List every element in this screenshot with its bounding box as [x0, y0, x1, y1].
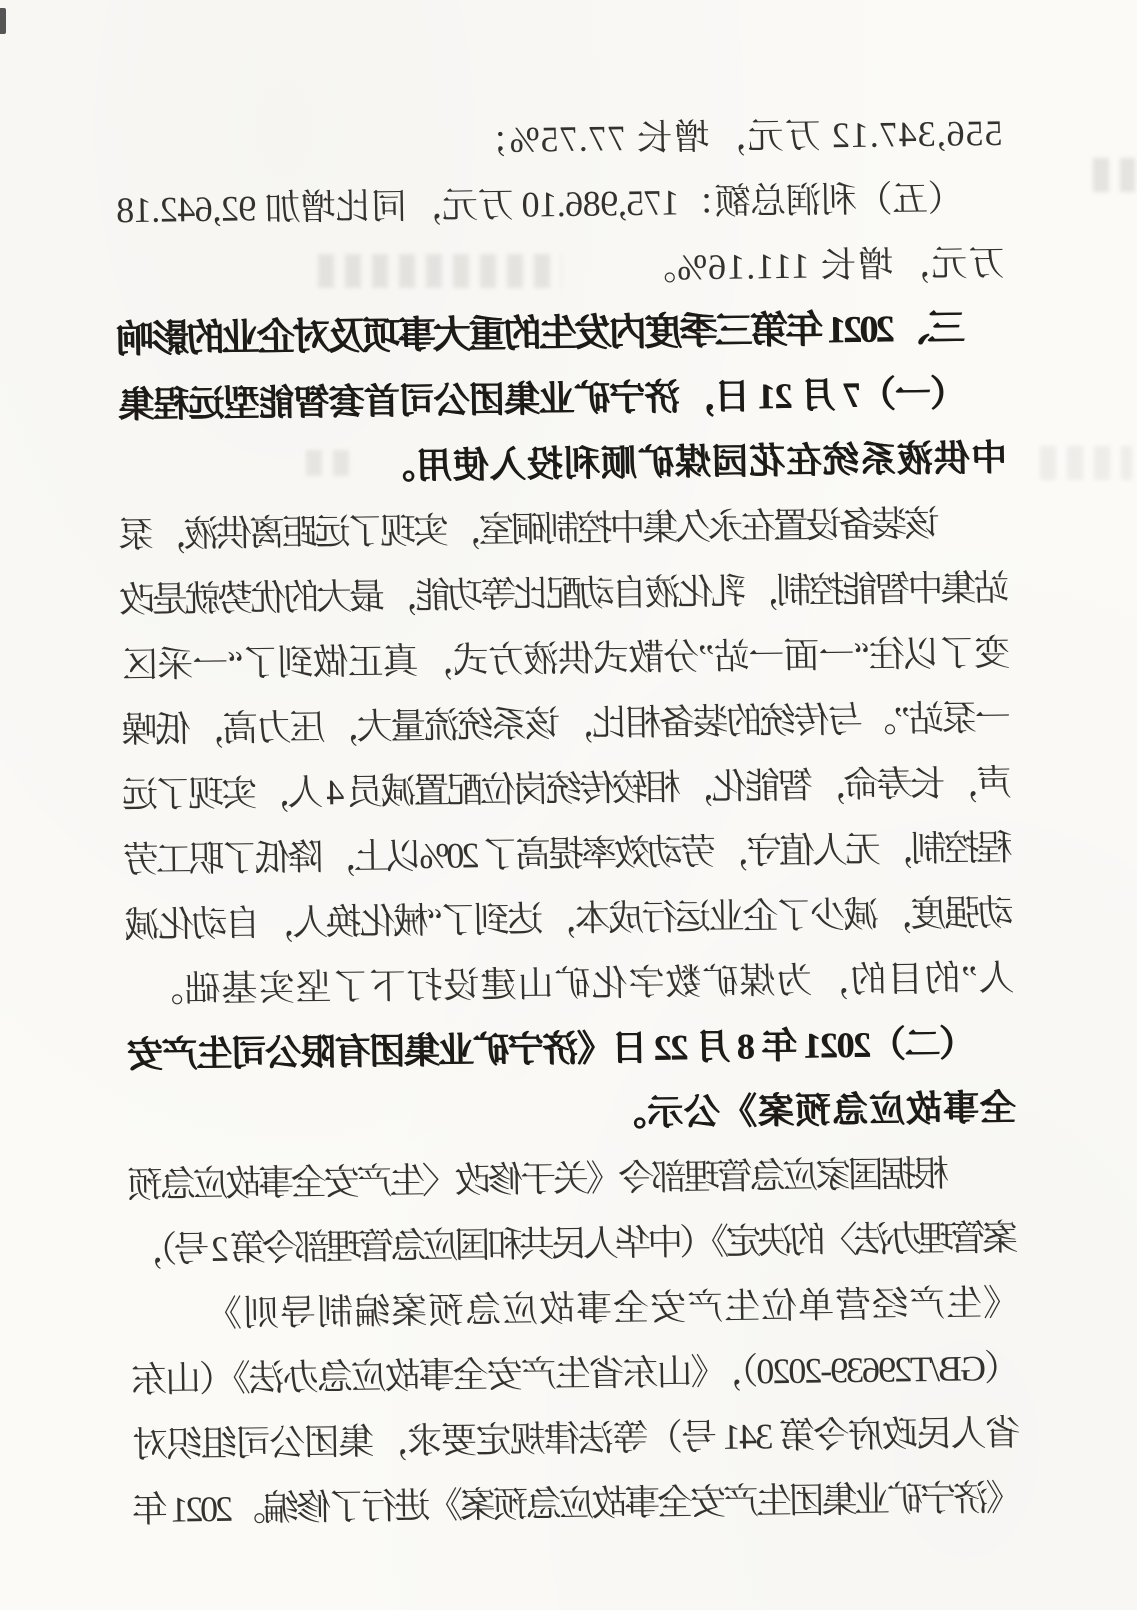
text-line: 案管理办法〉的决定》（中华人民共和国应急管理部令第 2 号）， — [131, 1206, 1019, 1283]
text-line: 万元，增长 111.16%。 — [117, 231, 1005, 308]
text-line: 556,347.12 万元，增长 77.75%； — [115, 101, 1003, 178]
text-line: 《生产经营单位生产安全事故应急预案编制导则》 — [132, 1271, 1020, 1348]
text-line: （五）利润总额：175,986.10 万元，同比增加 92,642.18 — [116, 166, 1004, 243]
text-line: （一）7 月 21 日，济宁矿业集团公司首套智能型远程集 — [119, 361, 1007, 438]
text-line: 全事故应急预案》公示。 — [129, 1076, 1017, 1153]
text-line: 该装备设置在永久集中控制硐室，实现了远距离供液，泵 — [121, 491, 1009, 568]
text-line: 变了以往“一面一站”分散式供液方式，真正做到了“一采区 — [123, 621, 1011, 698]
text-line: 《济宁矿业集团生产安全事故应急预案》进行了修编。2021 年 — [134, 1466, 1022, 1543]
mirrored-page-content: 556,347.12 万元，增长 77.75%；（五）利润总额：175,986.… — [0, 0, 1137, 1610]
text-line: 人”的目的，为煤矿数字化矿山建设打下了坚实基础。 — [127, 946, 1015, 1023]
text-line: 三、2021 年第三季度内发生的重大事项及对企业的影响 — [118, 296, 1006, 373]
text-line: 中供液系统在花园煤矿顺利投入使用。 — [120, 426, 1008, 503]
text-line: 根据国家应急管理部令《关于修改〈生产安全事故应急预 — [130, 1141, 1018, 1218]
text-line: 站集中智能控制，乳化液自动配比等功能，最大的优势就是改 — [122, 556, 1010, 633]
text-line: （GB/T29639-2020），《山东省生产安全事故应急办法》（山东 — [133, 1336, 1021, 1413]
text-line: 省人民政府令第 341 号）等法律规定要求，集团公司组织对 — [133, 1401, 1021, 1478]
text-line: 动强度，减少了企业运行成本，达到了“械化换人，自动化减 — [126, 881, 1014, 958]
text-line: 声，长寿命，智能化，相较传统岗位配置减员 4 人，实现了远 — [124, 751, 1012, 828]
text-block: 556,347.12 万元，增长 77.75%；（五）利润总额：175,986.… — [115, 101, 1022, 1543]
text-line: 一泵站”。与传统的装备相比，该系统流量大，压力高，低噪 — [123, 686, 1011, 763]
text-line: （二）2021 年 8 月 22 日《济宁矿业集团有限公司生产安 — [128, 1011, 1016, 1088]
text-line: 程控制，无人值守，劳动效率提高了 20%以上，降低了职工劳 — [125, 816, 1013, 893]
scanned-document-page: 556,347.12 万元，增长 77.75%；（五）利润总额：175,986.… — [0, 0, 1137, 1610]
